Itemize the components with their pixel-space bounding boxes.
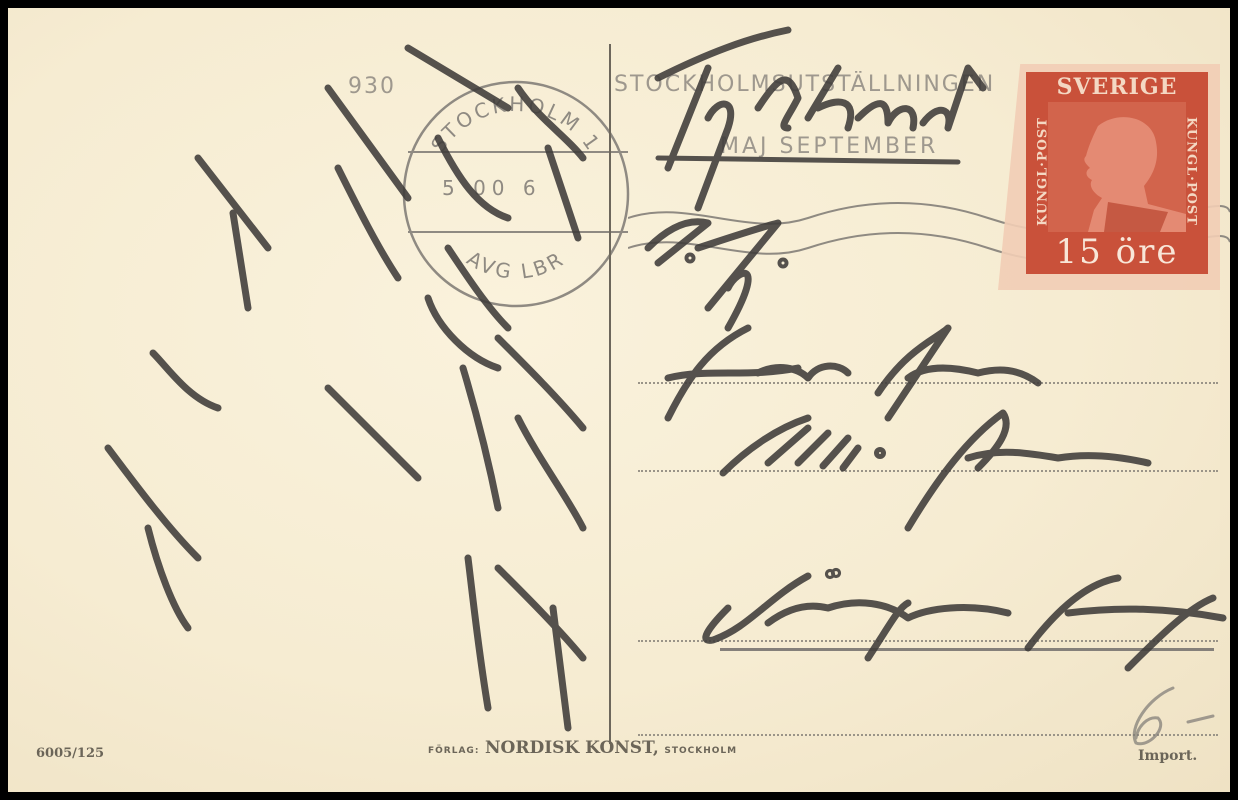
cancel-slogan-line1: STOCKHOLMSUTSTÄLLNINGEN: [614, 72, 995, 97]
svg-text:AVG LBR: AVG LBR: [463, 246, 569, 284]
handwriting-recipient-title: [668, 328, 1038, 418]
address-line-1: [638, 382, 1218, 384]
publisher-city: STOCKHOLM: [664, 746, 737, 756]
address-line-4: [638, 734, 1218, 736]
center-divider-line: [609, 44, 611, 744]
address-line-2: [638, 470, 1218, 472]
postcard-back: 930 STOCKHOLM 1 AVG LBR 5 00 6 STOCKHOLM…: [8, 8, 1230, 792]
handwriting-destination-country: [658, 30, 983, 208]
publisher-prefix: FÖRLAG:: [428, 746, 479, 756]
cancel-slogan-line2: MAJ SEPTEMBER: [720, 134, 938, 159]
import-label: Import.: [1138, 748, 1197, 764]
handwriting-recipient-place: [706, 571, 1223, 668]
address-underline: [720, 648, 1214, 651]
stamp-denomination: 15 öre: [1026, 232, 1208, 272]
catalog-number: 6005/125: [36, 746, 104, 761]
publisher-name: NORDISK KONST,: [485, 738, 659, 758]
cancel-year: 930: [348, 74, 396, 99]
postmark-date: 5 00 6: [442, 176, 542, 200]
stamp-country: SVERIGE: [1026, 74, 1208, 100]
postmark-bottom-text: AVG LBR: [463, 246, 569, 284]
king-portrait-icon: [1048, 102, 1186, 232]
postage-stamp: SVERIGE KUNGL·POST KUNGL·POST 15 öre: [1026, 72, 1208, 274]
address-line-3: [638, 640, 1218, 642]
publisher-imprint: FÖRLAG: NORDISK KONST, STOCKHOLM: [428, 738, 737, 758]
